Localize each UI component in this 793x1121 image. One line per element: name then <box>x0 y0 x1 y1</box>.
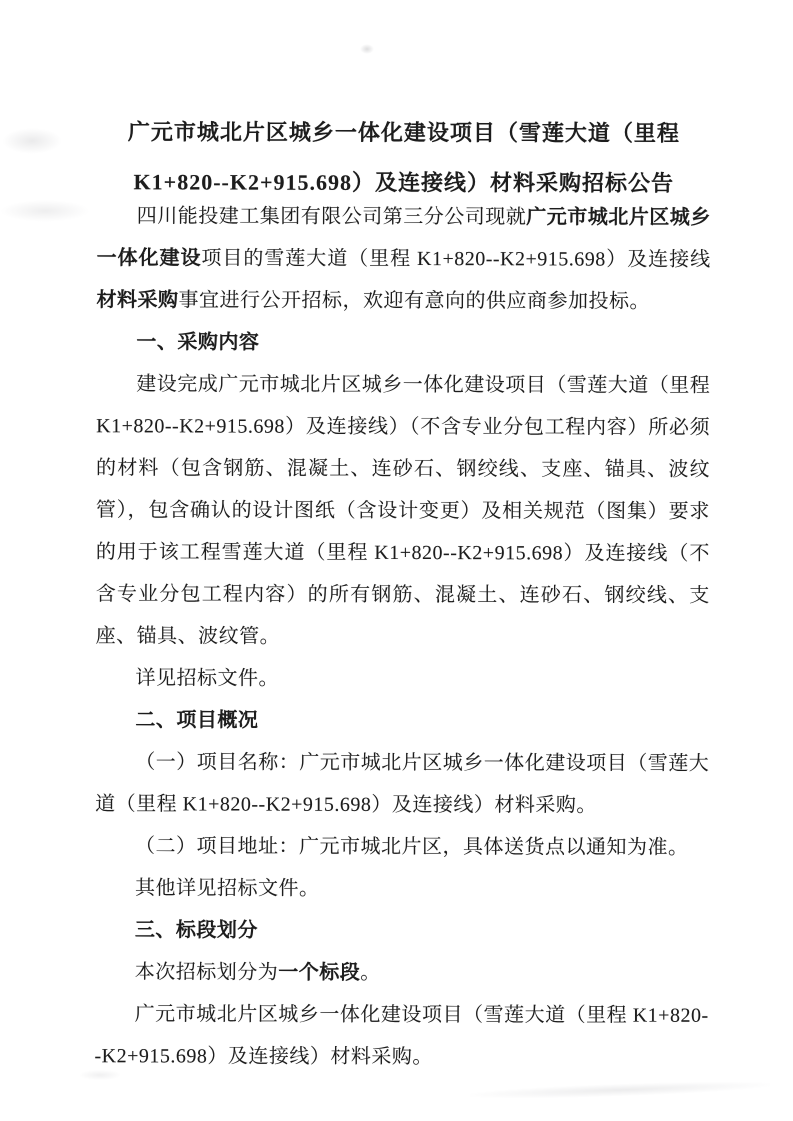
scan-artifact <box>360 44 374 54</box>
text-segment: 其他详见招标文件。 <box>135 877 320 899</box>
scan-artifact <box>0 200 90 222</box>
section-heading: 二、项目概况 <box>95 699 709 743</box>
body-paragraph: 其他详见招标文件。 <box>95 867 709 911</box>
text-segment: 二、项目概况 <box>135 709 258 731</box>
text-segment: （一）项目名称：广元市城北片区城乡一体化建设项目（雪莲大道（里程 K1+820-… <box>95 751 709 816</box>
scanned-document-page: 广元市城北片区城乡一体化建设项目（雪莲大道（里程K1+820--K2+915.6… <box>0 0 793 1121</box>
text-segment: 四川能投建工集团有限公司第三分公司现就 <box>137 205 527 228</box>
document-body: 广元市城北片区城乡一体化建设项目（雪莲大道（里程K1+820--K2+915.6… <box>94 107 711 1079</box>
text-segment: 详见招标文件。 <box>135 667 279 689</box>
text-segment: 本次招标划分为 <box>135 961 279 983</box>
body-paragraph: 广元市城北片区城乡一体化建设项目（雪莲大道（里程 K1+820--K2+915.… <box>94 993 708 1079</box>
text-segment: K1+820--K2+915.698）及连接线）材料采购招标公告 <box>134 169 675 195</box>
scan-artifact <box>470 1079 770 1101</box>
text-segment: 一个标段 <box>278 962 360 984</box>
scan-artifact <box>2 128 62 154</box>
section-heading: 三、标段划分 <box>95 909 709 953</box>
body-paragraph: 本次招标划分为一个标段。 <box>95 951 709 995</box>
text-segment: 材料采购 <box>96 289 178 311</box>
text-segment: 一、采购内容 <box>136 331 259 353</box>
section-heading: 一、采购内容 <box>96 321 710 365</box>
text-segment: （二）项目地址：广元市城北片区，具体送货点以通知为准。 <box>135 835 689 858</box>
text-segment: 。 <box>360 962 381 984</box>
text-segment: 三、标段划分 <box>135 919 258 941</box>
body-paragraph: 四川能投建工集团有限公司第三分公司现就广元市城北片区城乡一体化建设项目的雪莲大道… <box>96 195 710 323</box>
text-segment: 事宜进行公开招标，欢迎有意向的供应商参加投标。 <box>178 289 650 312</box>
text-segment: 广元市城北片区城乡一体化建设项目（雪莲大道（里程 <box>128 119 680 145</box>
text-segment: 项目的雪莲大道（里程 K1+820--K2+915.698）及连接线 <box>201 247 710 270</box>
body-paragraph: （二）项目地址：广元市城北片区，具体送货点以通知为准。 <box>95 825 709 869</box>
text-segment: 建设完成广元市城北片区城乡一体化建设项目（雪莲大道（里程 K1+820--K2+… <box>96 373 711 647</box>
body-paragraph: 详见招标文件。 <box>95 657 709 701</box>
body-paragraph: 建设完成广元市城北片区城乡一体化建设项目（雪莲大道（里程 K1+820--K2+… <box>96 363 711 659</box>
document-title-line: 广元市城北片区城乡一体化建设项目（雪莲大道（里程 <box>97 107 711 159</box>
body-paragraph: （一）项目名称：广元市城北片区城乡一体化建设项目（雪莲大道（里程 K1+820-… <box>95 741 709 827</box>
text-segment: 广元市城北片区城乡一体化建设项目（雪莲大道（里程 K1+820--K2+915.… <box>94 1003 708 1068</box>
